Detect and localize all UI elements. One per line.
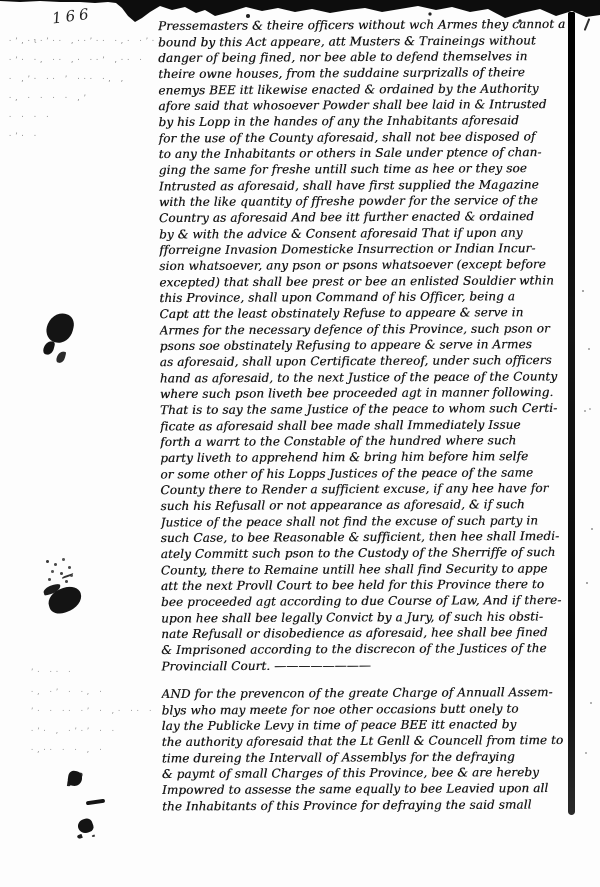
bleed-through-row: ·, ·ʼ · ·, ·: [30, 683, 166, 703]
bleed-through-row: · · · ·: [8, 108, 166, 127]
ink-blot: [45, 583, 85, 616]
bleed-through-row: ·,·· · · , ·: [30, 741, 166, 761]
bleed-through-row: ·ʼ· ·: [8, 127, 166, 146]
manuscript-line: That is to say the same Justice of the p…: [160, 400, 567, 418]
manuscript-line: time dureing the Intervall of Assemblys …: [162, 748, 569, 766]
manuscript-line: Pressemasters & theire officers without …: [158, 16, 565, 34]
binding-line: [568, 12, 575, 815]
manuscript-text: Pressemasters & theire officers without …: [158, 16, 569, 814]
manuscript-line: & Imprisoned according to the discrecon …: [161, 640, 568, 658]
manuscript-line: Impowred to assesse the same equally to …: [162, 780, 569, 798]
manuscript-line: for the use of the County aforesaid, sha…: [159, 128, 566, 146]
paragraph-publicke-levy: AND for the prevencon of the greate Char…: [161, 684, 569, 814]
manuscript-line: enemys BEE itt likewise enacted & ordain…: [158, 80, 565, 98]
manuscript-line: bee proceeded agt according to due Cours…: [161, 592, 568, 610]
bleed-through-marks-bottom: ʼ· ·· · ·, ·ʼ · ·, · ʼ· · ·· ·ʼ · ,· ·· …: [30, 663, 166, 761]
manuscript-line: County, there to Remaine untill hee shal…: [161, 560, 568, 578]
ink-dash: [86, 799, 105, 806]
manuscript-line: upon hee shall bee legally Convict by a …: [161, 608, 568, 626]
manuscript-line: Capt att the least obstinately Refuse to…: [159, 304, 566, 322]
manuscript-line: hand as aforesaid, to the next Justice o…: [160, 368, 567, 386]
bleed-through-row: ʼ· ·· ·: [30, 663, 166, 683]
paragraph-powder-and-muster: Pressemasters & theire officers without …: [158, 16, 568, 674]
manuscript-line: as aforesaid, shall upon Certificate the…: [160, 352, 567, 370]
manuscript-line: ately Committ such pson to the Custody o…: [161, 544, 568, 562]
manuscript-line: sion whatsoever, any pson or psons whats…: [159, 256, 566, 274]
manuscript-line: party liveth to apprehend him & bring hi…: [160, 448, 567, 466]
manuscript-page: 166 ·ʼ,·ι·ʼ·· ,··ʼ·· ·,· ·ʼ·, ,·· ·ʼ· ·,…: [0, 0, 600, 887]
manuscript-line: Provinciall Court. ————————: [161, 656, 568, 674]
manuscript-line: bound by this Act appeare, att Musters &…: [158, 32, 565, 50]
manuscript-line: the Inhabitants of this Province for def…: [162, 796, 569, 814]
manuscript-line: ging the same for freshe untill such tim…: [159, 160, 566, 178]
ink-blot: [67, 770, 83, 787]
manuscript-line: Intrusted as aforesaid, shall have first…: [159, 176, 566, 194]
scan-specks: [582, 290, 584, 292]
manuscript-line: or some other of his Lopps Justices of t…: [160, 464, 567, 482]
manuscript-line: by & with the advice & Consent aforesaid…: [159, 224, 566, 242]
manuscript-line: Armes for the necessary defence of this …: [160, 320, 567, 338]
bleed-through-row: ·ʼ· , ·ʼ·ʼ · ·: [30, 722, 166, 742]
manuscript-line: Country as aforesaid And bee itt further…: [159, 208, 566, 226]
ink-blot: [44, 310, 76, 345]
manuscript-line: theire owne houses, from the suddaine su…: [158, 64, 565, 82]
bleed-through-row: ·, · · · · ,ʼ: [8, 89, 166, 108]
bleed-through-row: ʼ· · ·· ·ʼ · ,· ·· ·: [30, 702, 166, 722]
bleed-through-row: · ,ʼ· ·· ʼ ··· ·, ,: [8, 70, 166, 89]
manuscript-line: ficate as aforesaid shall bee made shall…: [160, 416, 567, 434]
bleed-through-marks-top: ·ʼ,·ι·ʼ·· ,··ʼ·· ·,· ·ʼ·, ,·· ·ʼ· ·, ·· …: [8, 32, 166, 146]
manuscript-line: Justice of the peace shall not find the …: [161, 512, 568, 530]
ink-blot: [76, 817, 95, 835]
manuscript-line: the authority aforesaid that the Lt Genl…: [162, 732, 569, 750]
bleed-through-row: ·ʼ· ·, ·· ,· ··ʼ ,·· ·: [8, 51, 166, 70]
bleed-through-row: ·ʼ,·ι·ʼ·· ,··ʼ·· ·,· ·ʼ·, ,··: [8, 32, 166, 51]
manuscript-line: blys who may meete for noe other occasio…: [162, 700, 569, 718]
manuscript-line: AND for the prevencon of the greate Char…: [161, 684, 568, 702]
ink-speckle: [46, 560, 49, 563]
manuscript-line: such his Refusall or not appearance as a…: [160, 496, 567, 514]
manuscript-line: by his Lopp in the handes of any the Inh…: [158, 112, 565, 130]
manuscript-line: excepted) that shall bee prest or bee an…: [159, 272, 566, 290]
